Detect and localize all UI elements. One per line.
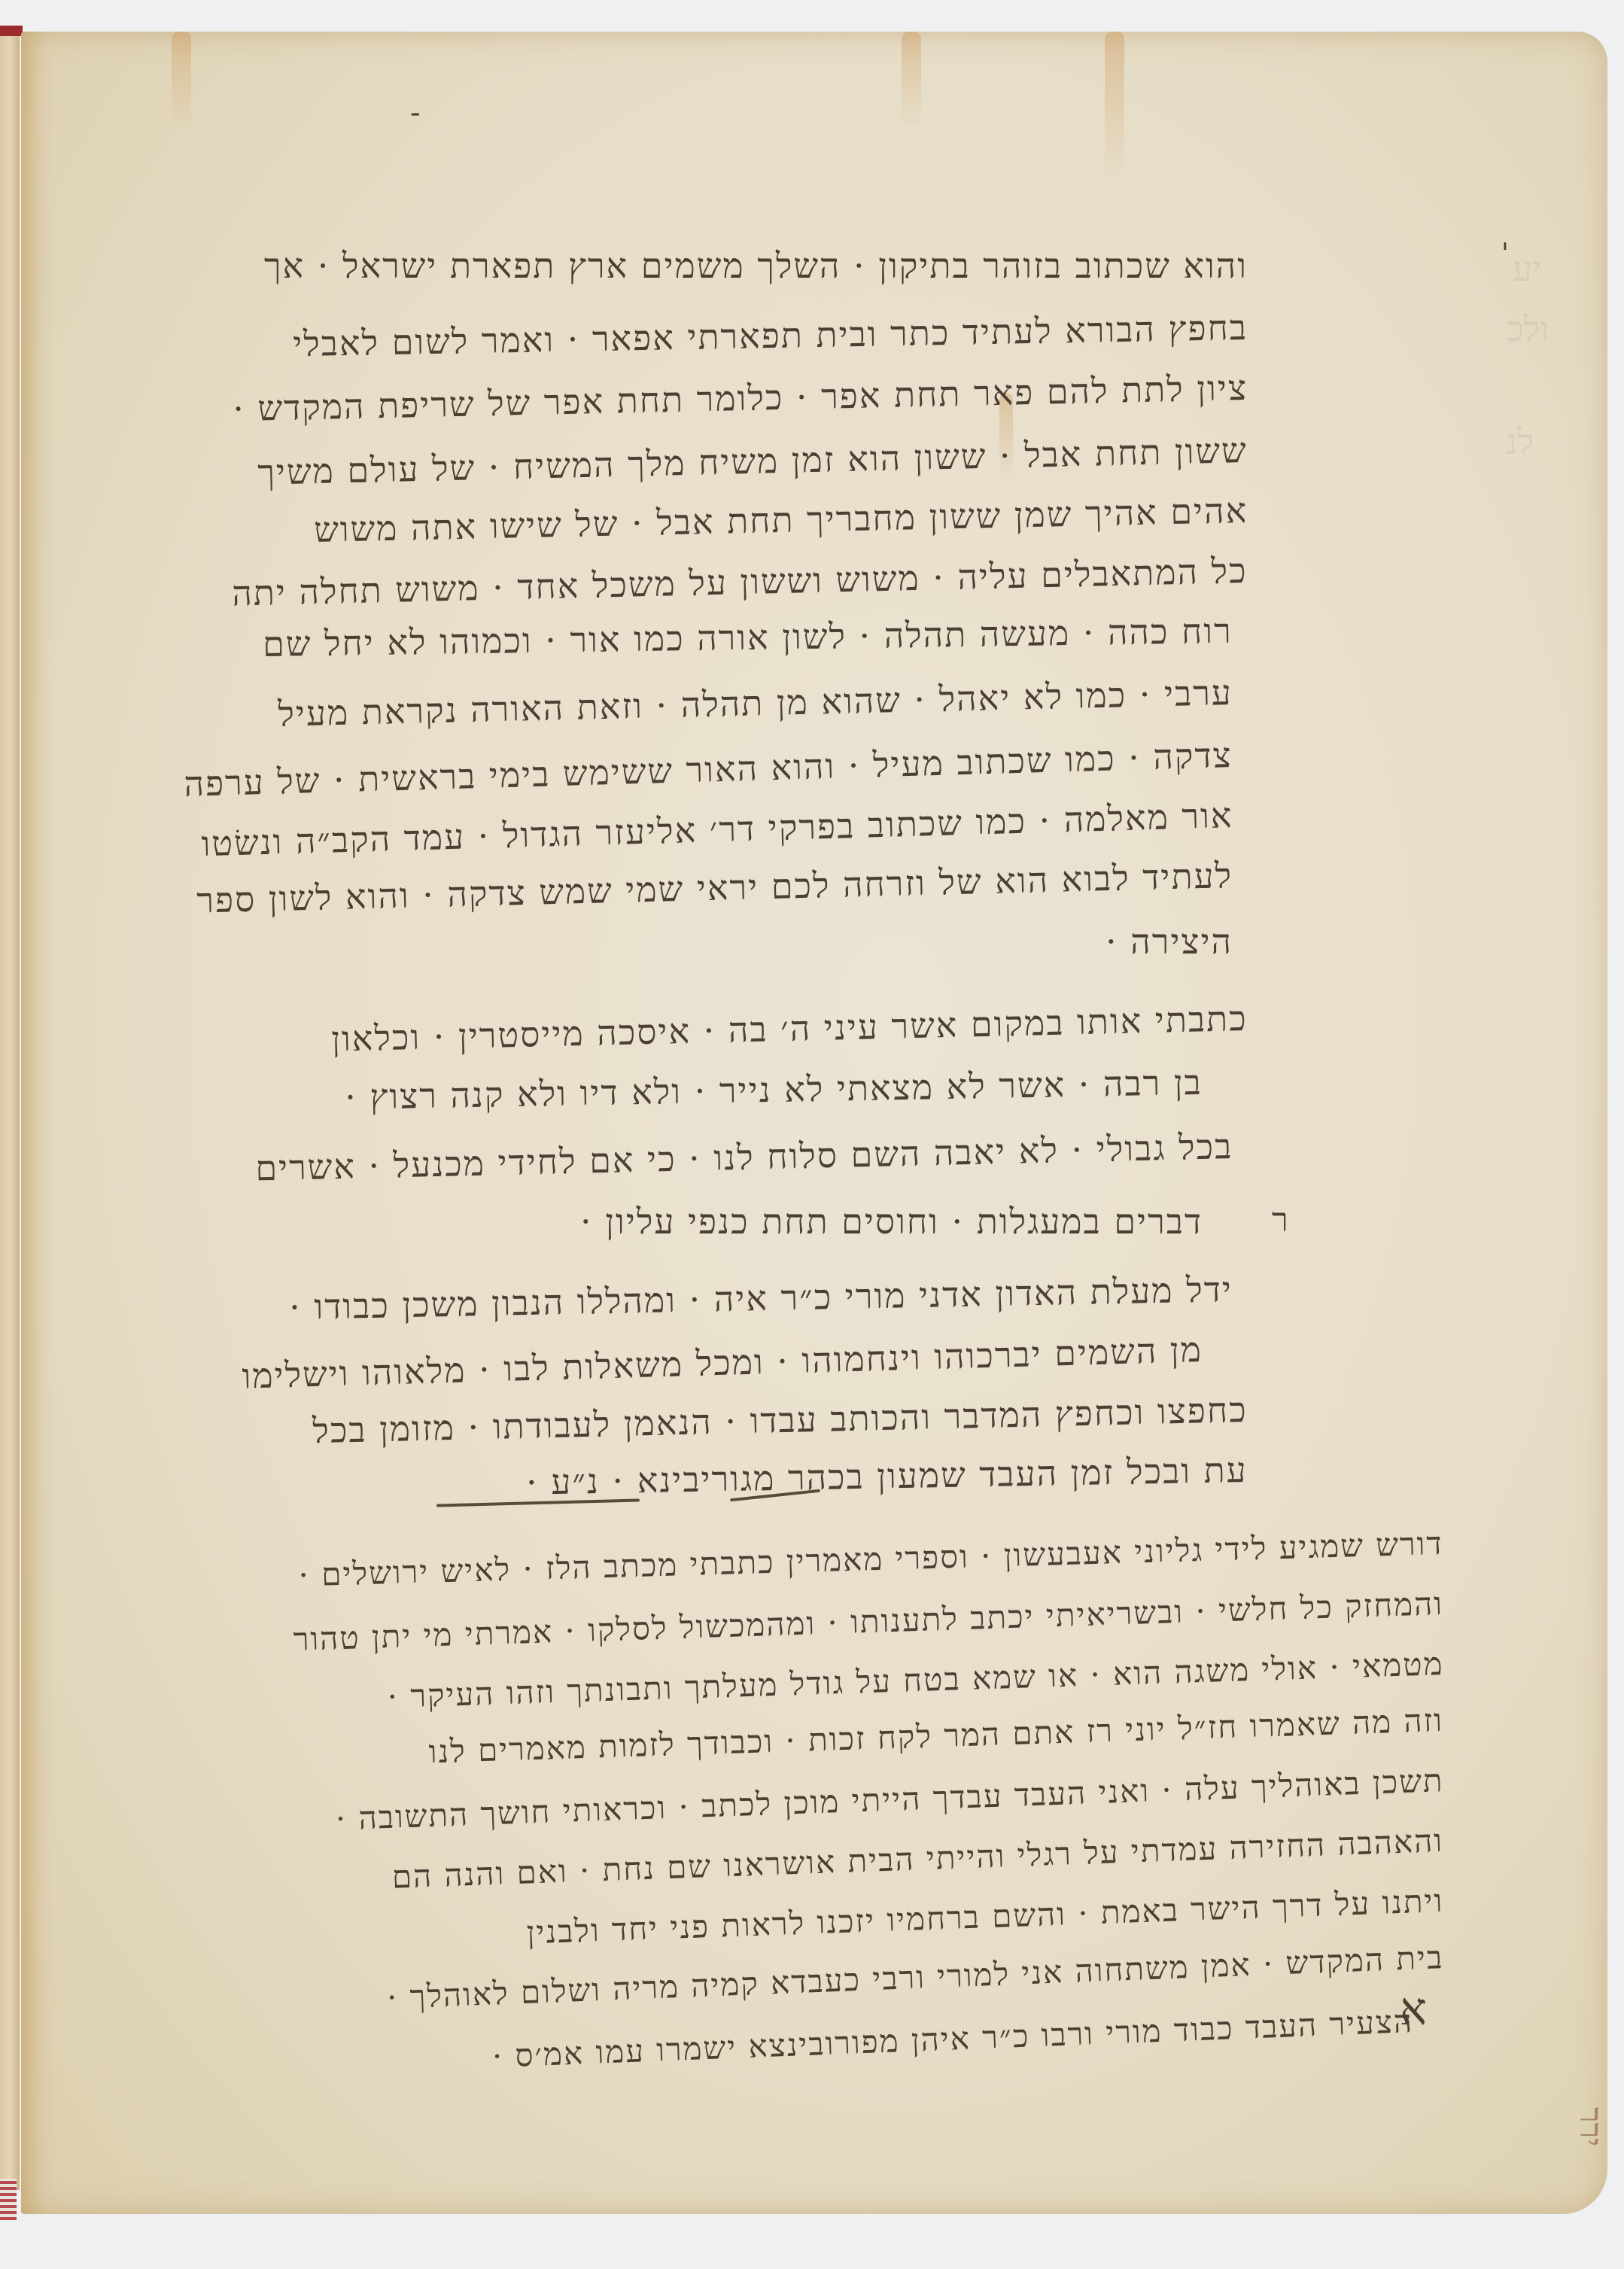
text-line-6: כל המתאבלים עליה · משוש וששון על משכל אח… xyxy=(232,553,1248,611)
text-line-15: בכל גבולי · לא יאבה השם סלוח לנו · כי אם… xyxy=(255,1129,1233,1185)
text-line-13: כתבתי אותו במקום אשר עיני ה׳ בה · איסכה … xyxy=(331,1001,1248,1057)
text-line-2: בחפץ הבורא לעתיד כתר ובית תפארתי אפאר · … xyxy=(293,310,1248,361)
text-line-3: ציון לתת להם פאר תחת אפר · כלומר תחת אפר… xyxy=(233,370,1248,426)
text-line-5: אהים אהיך שמן ששון מחבריך תחת אבל · של ש… xyxy=(314,493,1248,547)
text-line-22: והמחזק כל חלשי · ובשריאיתי יכתב לתענותו … xyxy=(293,1588,1443,1656)
text-line-9: צדקה · כמו שכתוב מעיל · והוא האור ששימש … xyxy=(184,738,1233,801)
text-line-10: אור מאלמה · כמו שכתוב בפרקי דר׳ אליעזר ה… xyxy=(201,798,1233,861)
marginal-letter: א xyxy=(1400,1987,1427,2032)
text-line-8: ערבי · כמו לא יאהל · שהוא מן תהלה · וזאת… xyxy=(278,675,1233,731)
text-line-27: ויתנו על דרך הישר באמת · והשם ברחמיו יזכ… xyxy=(526,1885,1444,1949)
text-line-18: מן השמים יברכוהו וינחמוהו · ומכל משאלות … xyxy=(242,1332,1203,1394)
text-line-24: וזה מה שאמרו חז״ל יוני רז אתם המר לקח זכ… xyxy=(428,1705,1444,1768)
text-line-19: כחפצו וכחפץ המדבר והכותב עבדו · הנאמן לע… xyxy=(312,1392,1248,1448)
text-line-16: דברים במעגלות · וחוסים תחת כנפי עליון · xyxy=(580,1204,1203,1239)
text-line-4: ששון תחת אבל · ששון הוא זמן משיח מלך המש… xyxy=(257,433,1248,490)
text-line-23: מטמאי · אולי משגה הוא · או שמא בטח על גו… xyxy=(387,1648,1444,1713)
text-line-17: ידל מעלת האדון אדני מורי כ״ר איה · ומהלל… xyxy=(289,1272,1233,1325)
text-line-14: בן רבה · אשר לא מצאתי לא נייר · ולא דיו … xyxy=(345,1065,1203,1115)
manuscript-text: והוא שכתוב בזוהר בתיקון · השלך משמים ארץ… xyxy=(0,0,1624,2269)
text-line-1: והוא שכתוב בזוהר בתיקון · השלך משמים ארץ… xyxy=(264,248,1248,283)
text-line-20: עת ובכל זמן העבד שמעון בכהר מגוריבינא · … xyxy=(526,1452,1248,1500)
text-line-12: היצירה · xyxy=(1105,924,1233,959)
text-line-11: לעתיד לבוא הוא של וזרחה לכם יראי שמי שמש… xyxy=(196,858,1233,918)
text-line-7: רוח כהה · מעשה תהלה · לשון אורה כמו אור … xyxy=(263,613,1233,662)
text-line-28: בית המקדש · אמן משתחוה אני למורי ורבי כע… xyxy=(386,1942,1444,2014)
text-line-26: והאהבה החזירה עמדתי על רגלי והייתי הבית … xyxy=(391,1825,1444,1893)
text-line-21: דורש שמגיע לידי גליוני אעבעשון · וספרי מ… xyxy=(298,1528,1443,1591)
text-line-25: תשכן באוהליך עלה · ואני העבד עבדך הייתי … xyxy=(335,1765,1444,1835)
corner-folio-note: ירר xyxy=(1573,2107,1610,2146)
marginal-mark: ר xyxy=(1272,1204,1288,1237)
text-line-29: הצעיר העבד כבוד מורי ורבו כ״ר איהן מפורו… xyxy=(491,2006,1414,2073)
